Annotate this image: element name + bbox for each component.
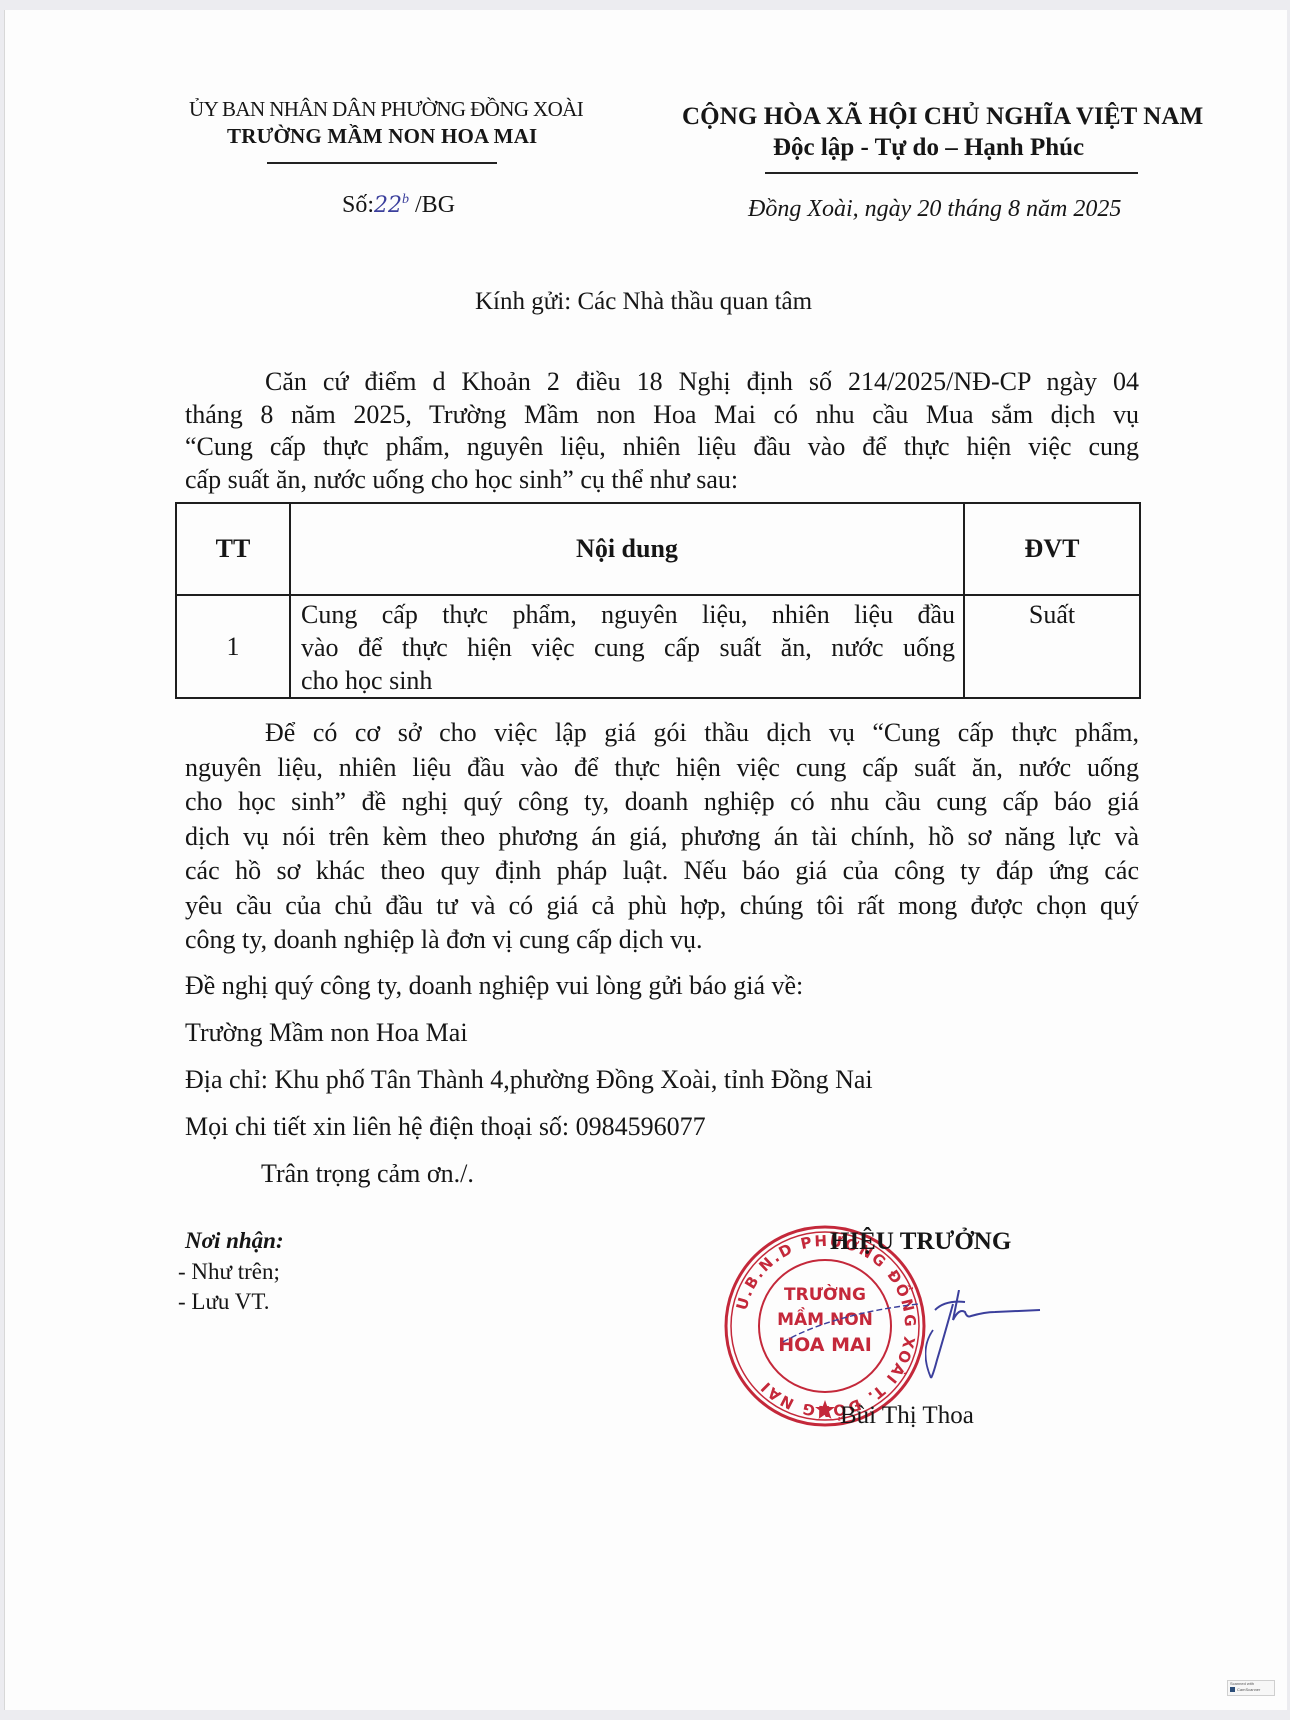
body-line: dịch vụ nói trên kèm theo phương án giá,…	[185, 820, 1139, 855]
signer-name: Bùi Thị Thoa	[840, 1402, 974, 1430]
contact-phone: Mọi chi tiết xin liên hệ điện thoại số: …	[185, 1111, 706, 1144]
issuer-name: TRƯỜNG MẦM NON HOA MAI	[227, 124, 537, 149]
contact-request: Đề nghị quý công ty, doanh nghiệp vui lò…	[185, 970, 803, 1003]
body-line: các hồ sơ khác theo quy định pháp luật. …	[185, 854, 1139, 889]
intro-line: Căn cứ điểm d Khoản 2 điều 18 Nghị định …	[185, 366, 1139, 399]
intro-line: cấp suất ăn, nước uống cho học sinh” cụ …	[185, 464, 1139, 497]
document-number: Số:22b /BG	[342, 192, 455, 219]
closing-line: Trân trọng cảm ơn./.	[261, 1158, 474, 1191]
header-content: Nội dung	[290, 503, 964, 595]
motto-underline	[765, 172, 1138, 174]
service-table: TT Nội dung ĐVT 1 Cung cấp thực phẩm, ng…	[175, 502, 1141, 699]
doc-number-suffix: /BG	[409, 192, 455, 218]
place-date: Đồng Xoài, ngày 20 tháng 8 năm 2025	[748, 196, 1121, 223]
body-line: cho học sinh” đề nghị quý công ty, doanh…	[185, 785, 1139, 820]
doc-number-prefix: Số:	[342, 192, 374, 218]
stamp-line: TRƯỜNG	[784, 1283, 866, 1305]
contact-org: Trường Mầm non Hoa Mai	[185, 1017, 468, 1050]
stamp-line: MẦM NON	[777, 1306, 873, 1330]
table-header-row: TT Nội dung ĐVT	[176, 503, 1140, 595]
row-unit: Suất	[964, 595, 1140, 698]
recipient-line: Kính gửi: Các Nhà thầu quan tâm	[475, 288, 812, 316]
doc-number-sup: b	[402, 192, 409, 207]
recipients-title: Nơi nhận:	[185, 1228, 284, 1254]
body-line: yêu cầu của chủ đầu tư và có giá cả phù …	[185, 889, 1139, 924]
intro-line: “Cung cấp thực phẩm, nguyên liệu, nhiên …	[185, 431, 1139, 464]
document-page: ỦY BAN NHÂN DÂN PHƯỜNG ĐỒNG XOÀI TRƯỜNG …	[4, 10, 1287, 1710]
body-paragraph: Để có cơ sở cho việc lập giá gói thầu dị…	[185, 716, 1139, 958]
scanner-watermark: Scanned with CamScanner	[1227, 1680, 1275, 1696]
signer-title: HIỆU TRƯỞNG	[830, 1228, 1011, 1256]
contact-address: Địa chỉ: Khu phố Tân Thành 4,phường Đồng…	[185, 1064, 873, 1097]
row-content-line: cho học sinh	[301, 664, 955, 697]
header-tt: TT	[176, 503, 290, 595]
row-content-line: Cung cấp thực phẩm, nguyên liệu, nhiên l…	[301, 598, 955, 631]
body-line: nguyên liệu, nhiên liệu đầu vào để thực …	[185, 751, 1139, 786]
body-line: Để có cơ sở cho việc lập giá gói thầu dị…	[185, 716, 1139, 751]
intro-line: tháng 8 năm 2025, Trường Mầm non Hoa Mai…	[185, 399, 1139, 432]
row-tt: 1	[176, 595, 290, 698]
scanner-line2: CamScanner	[1237, 1687, 1260, 1692]
issuer-underline	[267, 162, 497, 164]
header-unit: ĐVT	[964, 503, 1140, 595]
row-content: Cung cấp thực phẩm, nguyên liệu, nhiên l…	[290, 595, 964, 698]
issuer-parent: ỦY BAN NHÂN DÂN PHƯỜNG ĐỒNG XOÀI	[189, 97, 583, 122]
doc-number-handwritten: 22	[374, 193, 402, 218]
handwritten-signature-icon	[925, 1290, 1045, 1400]
intro-paragraph: Căn cứ điểm d Khoản 2 điều 18 Nghị định …	[185, 366, 1139, 496]
recipient-item: - Lưu VT.	[178, 1289, 269, 1315]
camscanner-logo-icon	[1230, 1687, 1235, 1692]
body-line: công ty, doanh nghiệp là đơn vị cung cấp…	[185, 923, 1139, 958]
nation-motto: Độc lập - Tự do – Hạnh Phúc	[773, 134, 1084, 162]
table-row: 1 Cung cấp thực phẩm, nguyên liệu, nhiên…	[176, 595, 1140, 698]
nation-title: CỘNG HÒA XÃ HỘI CHỦ NGHĨA VIỆT NAM	[682, 103, 1203, 131]
recipient-item: - Như trên;	[178, 1259, 280, 1285]
row-content-line: vào để thực hiện việc cung cấp suất ăn, …	[301, 631, 955, 664]
